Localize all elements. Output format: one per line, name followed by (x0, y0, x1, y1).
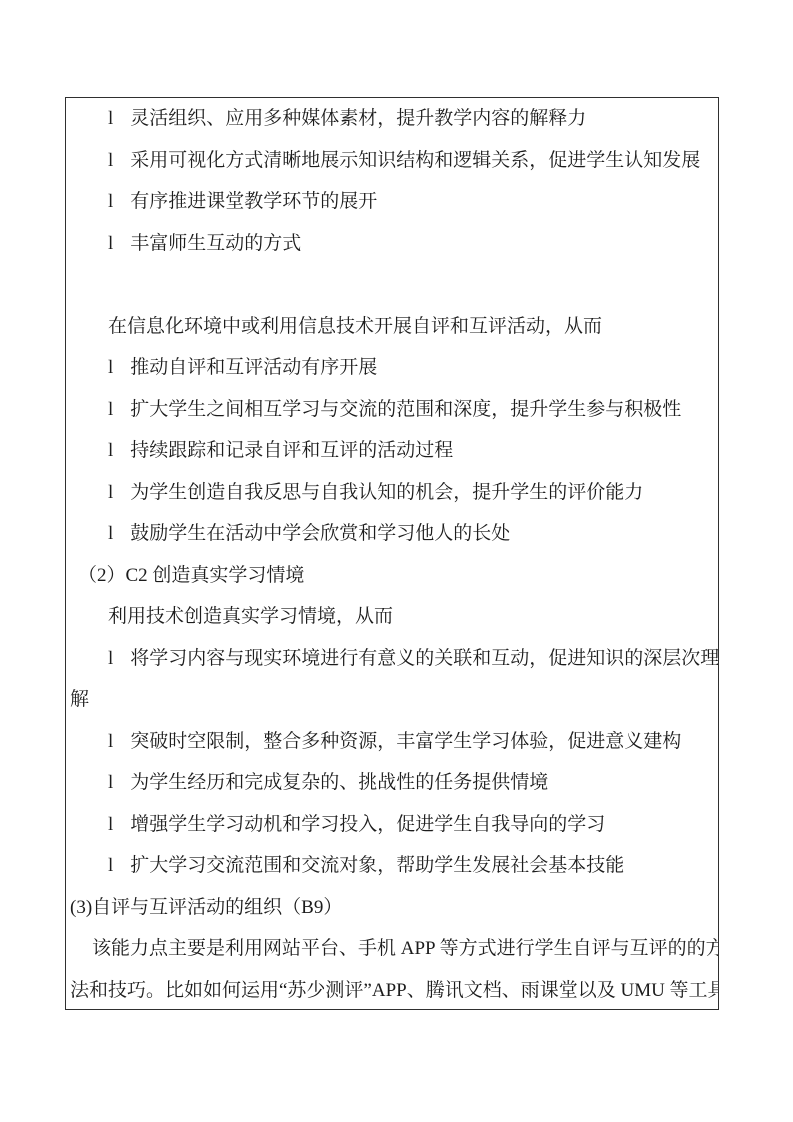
text-line: （2）C2 创造真实学习情境 (70, 555, 714, 597)
list-bullet-marker: l (108, 234, 113, 253)
line-text: 采用可视化方式清晰地展示知识结构和逻辑关系，促进学生认知发展 (130, 151, 700, 170)
text-line: 法和技巧。比如如何运用“苏少测评”APP、腾讯文档、雨课堂以及 UMU 等工具， (70, 970, 714, 1011)
text-line: (3)自评与互评活动的组织（B9） (70, 887, 714, 929)
line-text: 将学习内容与现实环境进行有意义的关联和互动，促进知识的深层次理 (130, 649, 719, 668)
line-text: 解 (70, 690, 89, 709)
text-line: l为学生经历和完成复杂的、挑战性的任务提供情境 (70, 762, 714, 804)
line-text: 推动自评和互评活动有序开展 (130, 358, 377, 377)
line-text: 扩大学习交流范围和交流对象，帮助学生发展社会基本技能 (130, 856, 624, 875)
text-line: l将学习内容与现实环境进行有意义的关联和互动，促进知识的深层次理 (70, 638, 714, 680)
line-text: 为学生经历和完成复杂的、挑战性的任务提供情境 (130, 773, 548, 792)
line-text: 有序推进课堂教学环节的展开 (130, 192, 377, 211)
text-line: 解 (70, 679, 714, 721)
text-line: 该能力点主要是利用网站平台、手机 APP 等方式进行学生自评与互评的的方 (70, 928, 714, 970)
text-line: l扩大学习交流范围和交流对象，帮助学生发展社会基本技能 (70, 845, 714, 887)
list-bullet-marker: l (108, 483, 113, 502)
table-cell: l灵活组织、应用多种媒体素材，提升教学内容的解释力l采用可视化方式清晰地展示知识… (65, 97, 719, 1010)
text-line: l推动自评和互评活动有序开展 (70, 347, 714, 389)
line-text: 在信息化环境中或利用信息技术开展自评和互评活动，从而 (108, 317, 602, 336)
text-line: l有序推进课堂教学环节的展开 (70, 181, 714, 223)
line-text: 灵活组织、应用多种媒体素材，提升教学内容的解释力 (130, 109, 586, 128)
text-line: l为学生创造自我反思与自我认知的机会，提升学生的评价能力 (70, 472, 714, 514)
list-bullet-marker: l (108, 441, 113, 460)
line-text: 该能力点主要是利用网站平台、手机 APP 等方式进行学生自评与互评的的方 (92, 939, 719, 958)
line-text: 利用技术创造真实学习情境，从而 (108, 607, 393, 626)
text-line: 在信息化环境中或利用信息技术开展自评和互评活动，从而 (70, 306, 714, 348)
line-text: (3)自评与互评活动的组织（B9） (70, 898, 342, 917)
text-line: l采用可视化方式清晰地展示知识结构和逻辑关系，促进学生认知发展 (70, 140, 714, 182)
text-line: l灵活组织、应用多种媒体素材，提升教学内容的解释力 (70, 98, 714, 140)
line-text: 为学生创造自我反思与自我认知的机会，提升学生的评价能力 (130, 483, 643, 502)
list-bullet-marker: l (108, 815, 113, 834)
text-line: l鼓励学生在活动中学会欣赏和学习他人的长处 (70, 513, 714, 555)
text-line: 利用技术创造真实学习情境，从而 (70, 596, 714, 638)
list-bullet-marker: l (108, 151, 113, 170)
line-text: 丰富师生互动的方式 (130, 234, 301, 253)
list-bullet-marker: l (108, 856, 113, 875)
text-line: l持续跟踪和记录自评和互评的活动过程 (70, 430, 714, 472)
text-line: l丰富师生互动的方式 (70, 223, 714, 265)
line-text: 鼓励学生在活动中学会欣赏和学习他人的长处 (130, 524, 510, 543)
document-page: l灵活组织、应用多种媒体素材，提升教学内容的解释力l采用可视化方式清晰地展示知识… (0, 0, 793, 1122)
list-bullet-marker: l (108, 358, 113, 377)
line-text: 扩大学生之间相互学习与交流的范围和深度，提升学生参与积极性 (130, 400, 681, 419)
line-text: 持续跟踪和记录自评和互评的活动过程 (130, 441, 453, 460)
line-text: （2）C2 创造真实学习情境 (78, 566, 304, 585)
list-bullet-marker: l (108, 732, 113, 751)
text-line: l扩大学生之间相互学习与交流的范围和深度，提升学生参与积极性 (70, 389, 714, 431)
text-line: l突破时空限制，整合多种资源，丰富学生学习体验，促进意义建构 (70, 721, 714, 763)
list-bullet-marker: l (108, 649, 113, 668)
text-line: l增强学生学习动机和学习投入，促进学生自我导向的学习 (70, 804, 714, 846)
list-bullet-marker: l (108, 773, 113, 792)
list-bullet-marker: l (108, 400, 113, 419)
list-bullet-marker: l (108, 109, 113, 128)
blank-line (70, 264, 714, 306)
list-bullet-marker: l (108, 192, 113, 211)
line-text: 突破时空限制，整合多种资源，丰富学生学习体验，促进意义建构 (130, 732, 681, 751)
line-text: 增强学生学习动机和学习投入，促进学生自我导向的学习 (130, 815, 605, 834)
list-bullet-marker: l (108, 524, 113, 543)
line-text: 法和技巧。比如如何运用“苏少测评”APP、腾讯文档、雨课堂以及 UMU 等工具， (70, 981, 719, 1000)
